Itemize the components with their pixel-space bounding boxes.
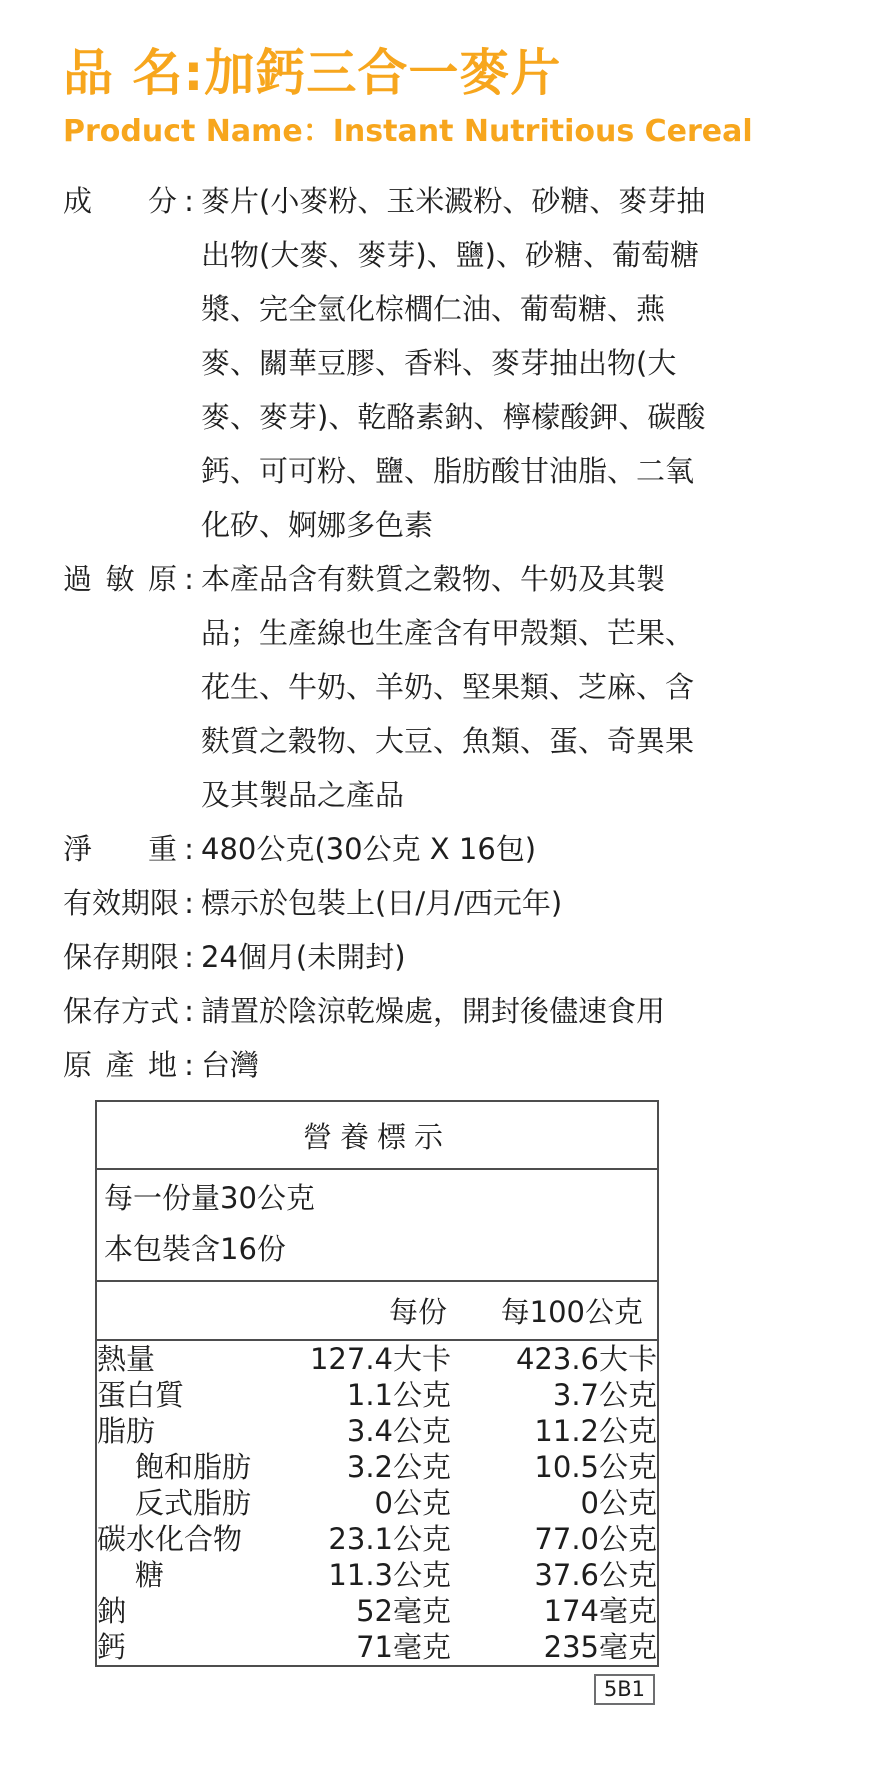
product-name-zh: 品 名:加鈣三合一麥片 bbox=[63, 44, 880, 102]
value-per-serving: 0公克 bbox=[296, 1485, 451, 1521]
nutrient-name: 脂肪 bbox=[96, 1413, 296, 1449]
text-line: 麥片(小麥粉、玉米澱粉、砂糖、麥芽抽 bbox=[201, 174, 880, 228]
value-per-100g: 37.6公克 bbox=[451, 1557, 658, 1593]
nutrition-row-calories: 熱量 127.4大卡 423.6大卡 bbox=[96, 1340, 658, 1377]
text-line: 麥、關華豆膠、香料、麥芽抽出物(大 bbox=[201, 336, 880, 390]
nutrition-row-calcium: 鈣 71毫克 235毫克 bbox=[96, 1629, 658, 1666]
info-label: 有效期限 bbox=[63, 876, 177, 930]
info-label: 過敏原 bbox=[63, 552, 177, 606]
text-line: 漿、完全氫化棕櫚仁油、葡萄糖、燕 bbox=[201, 282, 880, 336]
serving-info-cell: 每一份量30公克 本包裝含16份 bbox=[96, 1169, 658, 1281]
nutrition-row-carbohydrate: 碳水化合物 23.1公克 77.0公克 bbox=[96, 1521, 658, 1557]
info-content: 本產品含有麩質之穀物、牛奶及其製 品；生產線也生產含有甲殼類、芒果、 花生、牛奶… bbox=[201, 552, 880, 822]
text-line: 及其製品之產品 bbox=[201, 768, 880, 822]
value-per-serving: 127.4大卡 bbox=[296, 1340, 451, 1377]
info-label: 保存方式 bbox=[63, 984, 177, 1038]
servings-per-pack-line: 本包裝含16份 bbox=[104, 1224, 657, 1275]
info-colon: : bbox=[177, 1038, 201, 1092]
product-label-page: 品 名:加鈣三合一麥片 Product Name：Instant Nutriti… bbox=[0, 0, 880, 1779]
nutrient-name: 反式脂肪 bbox=[96, 1485, 296, 1521]
nutrition-serving-row: 每一份量30公克 本包裝含16份 bbox=[96, 1169, 658, 1281]
info-row-origin: 原產地 : 台灣 bbox=[63, 1038, 880, 1092]
col-header-per-100g: 每100公克 bbox=[451, 1281, 658, 1340]
info-colon: : bbox=[177, 552, 201, 606]
nutrition-column-header-row: 每份 每100公克 bbox=[96, 1281, 658, 1340]
empty-header-cell bbox=[96, 1281, 296, 1340]
value-per-100g: 3.7公克 bbox=[451, 1377, 658, 1413]
value-per-serving: 52毫克 bbox=[296, 1593, 451, 1629]
batch-code-badge: 5B1 bbox=[594, 1674, 655, 1705]
info-row-ingredients: 成分 : 麥片(小麥粉、玉米澱粉、砂糖、麥芽抽 出物(大麥、麥芽)、鹽)、砂糖、… bbox=[63, 174, 880, 552]
info-content: 480公克(30公克 X 16包) bbox=[201, 822, 880, 876]
nutrition-row-trans-fat: 反式脂肪 0公克 0公克 bbox=[96, 1485, 658, 1521]
nutrition-row-sodium: 鈉 52毫克 174毫克 bbox=[96, 1593, 658, 1629]
info-row-allergen: 過敏原 : 本產品含有麩質之穀物、牛奶及其製 品；生產線也生產含有甲殼類、芒果、… bbox=[63, 552, 880, 822]
value-per-100g: 0公克 bbox=[451, 1485, 658, 1521]
info-row-storage: 保存方式 : 請置於陰涼乾燥處，開封後儘速食用 bbox=[63, 984, 880, 1038]
nutrition-title-row: 營養標示 bbox=[96, 1101, 658, 1169]
nutrition-row-protein: 蛋白質 1.1公克 3.7公克 bbox=[96, 1377, 658, 1413]
text-line: 24個月(未開封) bbox=[201, 930, 880, 984]
value-per-100g: 77.0公克 bbox=[451, 1521, 658, 1557]
text-line: 鈣、可可粉、鹽、脂肪酸甘油脂、二氧 bbox=[201, 444, 880, 498]
nutrition-table: 營養標示 每一份量30公克 本包裝含16份 每份 每100公克 熱量 127.4… bbox=[95, 1100, 659, 1667]
info-colon: : bbox=[177, 930, 201, 984]
info-label: 保存期限 bbox=[63, 930, 177, 984]
text-line: 480公克(30公克 X 16包) bbox=[201, 822, 880, 876]
info-content: 標示於包裝上(日/月/西元年) bbox=[201, 876, 880, 930]
badge-strip: 5B1 bbox=[95, 1674, 657, 1705]
value-per-100g: 11.2公克 bbox=[451, 1413, 658, 1449]
info-colon: : bbox=[177, 984, 201, 1038]
nutrition-row-sugar: 糖 11.3公克 37.6公克 bbox=[96, 1557, 658, 1593]
value-per-100g: 423.6大卡 bbox=[451, 1340, 658, 1377]
nutrient-name: 糖 bbox=[96, 1557, 296, 1593]
info-colon: : bbox=[177, 876, 201, 930]
info-row-net-weight: 淨重 : 480公克(30公克 X 16包) bbox=[63, 822, 880, 876]
value-per-serving: 71毫克 bbox=[296, 1629, 451, 1666]
text-line: 化矽、婀娜多色素 bbox=[201, 498, 880, 552]
text-line: 標示於包裝上(日/月/西元年) bbox=[201, 876, 880, 930]
value-per-serving: 3.4公克 bbox=[296, 1413, 451, 1449]
nutrient-name: 飽和脂肪 bbox=[96, 1449, 296, 1485]
nutrient-name: 鈣 bbox=[96, 1629, 296, 1666]
nutrient-name: 鈉 bbox=[96, 1593, 296, 1629]
value-per-serving: 3.2公克 bbox=[296, 1449, 451, 1485]
info-row-expiry: 有效期限 : 標示於包裝上(日/月/西元年) bbox=[63, 876, 880, 930]
info-label: 淨重 bbox=[63, 822, 177, 876]
nutrient-name: 蛋白質 bbox=[96, 1377, 296, 1413]
product-info-list: 成分 : 麥片(小麥粉、玉米澱粉、砂糖、麥芽抽 出物(大麥、麥芽)、鹽)、砂糖、… bbox=[63, 174, 880, 1092]
nutrient-name: 熱量 bbox=[96, 1340, 296, 1377]
value-per-100g: 174毫克 bbox=[451, 1593, 658, 1629]
label-header: 品 名:加鈣三合一麥片 Product Name：Instant Nutriti… bbox=[0, 0, 880, 150]
text-line: 請置於陰涼乾燥處，開封後儘速食用 bbox=[201, 984, 880, 1038]
text-line: 本產品含有麩質之穀物、牛奶及其製 bbox=[201, 552, 880, 606]
info-colon: : bbox=[177, 174, 201, 228]
text-line: 出物(大麥、麥芽)、鹽)、砂糖、葡萄糖 bbox=[201, 228, 880, 282]
col-header-per-serving: 每份 bbox=[296, 1281, 451, 1340]
text-line: 麥、麥芽)、乾酪素鈉、檸檬酸鉀、碳酸 bbox=[201, 390, 880, 444]
info-label: 成分 bbox=[63, 174, 177, 228]
value-per-serving: 1.1公克 bbox=[296, 1377, 451, 1413]
info-content: 麥片(小麥粉、玉米澱粉、砂糖、麥芽抽 出物(大麥、麥芽)、鹽)、砂糖、葡萄糖 漿… bbox=[201, 174, 880, 552]
value-per-100g: 235毫克 bbox=[451, 1629, 658, 1666]
info-row-shelf-life: 保存期限 : 24個月(未開封) bbox=[63, 930, 880, 984]
info-label: 原產地 bbox=[63, 1038, 177, 1092]
value-per-serving: 23.1公克 bbox=[296, 1521, 451, 1557]
text-line: 品；生產線也生產含有甲殼類、芒果、 bbox=[201, 606, 880, 660]
nutrient-name: 碳水化合物 bbox=[96, 1521, 296, 1557]
text-line: 花生、牛奶、羊奶、堅果類、芝麻、含 bbox=[201, 660, 880, 714]
nutrition-title: 營養標示 bbox=[96, 1101, 658, 1169]
text-line: 麩質之穀物、大豆、魚類、蛋、奇異果 bbox=[201, 714, 880, 768]
value-per-100g: 10.5公克 bbox=[451, 1449, 658, 1485]
serving-size-line: 每一份量30公克 bbox=[104, 1173, 657, 1224]
text-line: 台灣 bbox=[201, 1038, 880, 1092]
info-content: 24個月(未開封) bbox=[201, 930, 880, 984]
nutrition-row-fat: 脂肪 3.4公克 11.2公克 bbox=[96, 1413, 658, 1449]
value-per-serving: 11.3公克 bbox=[296, 1557, 451, 1593]
info-content: 台灣 bbox=[201, 1038, 880, 1092]
info-colon: : bbox=[177, 822, 201, 876]
nutrition-row-saturated-fat: 飽和脂肪 3.2公克 10.5公克 bbox=[96, 1449, 658, 1485]
product-name-en: Product Name：Instant Nutritious Cereal bbox=[63, 114, 880, 150]
info-content: 請置於陰涼乾燥處，開封後儘速食用 bbox=[201, 984, 880, 1038]
